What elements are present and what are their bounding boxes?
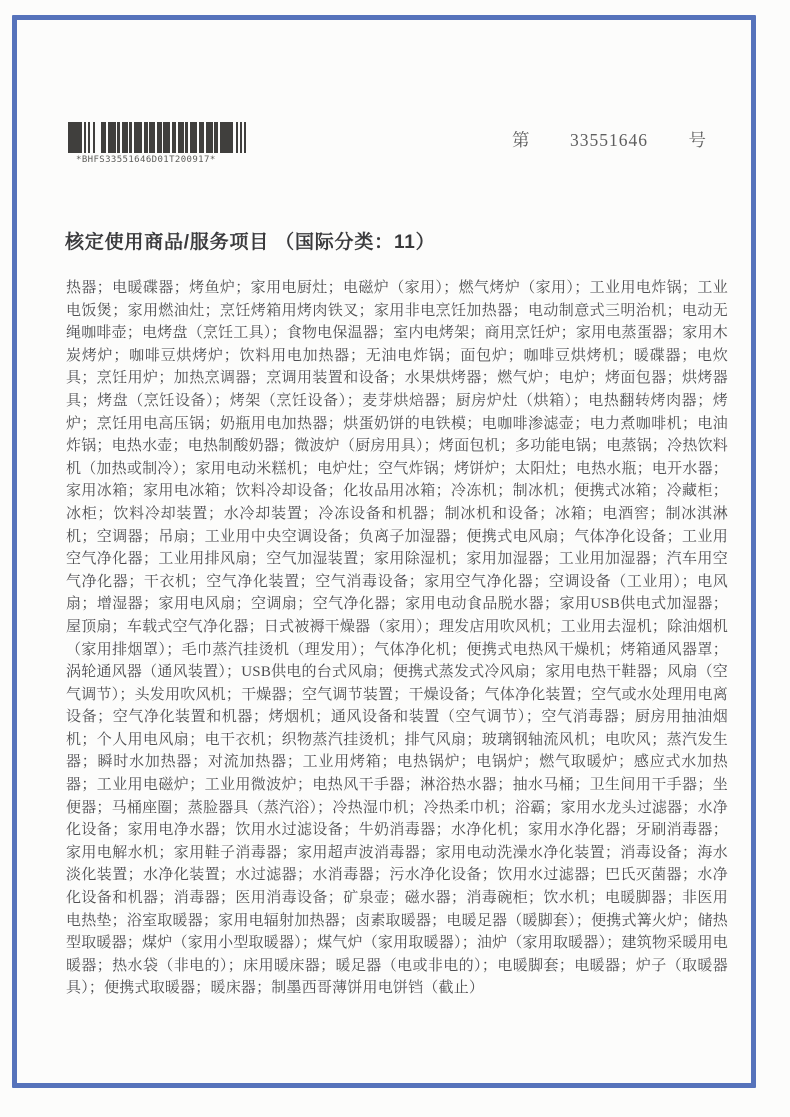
barcode: *BHFS33551646D01T200917* (68, 122, 278, 165)
barcode-text: *BHFS33551646D01T200917* (68, 155, 278, 165)
registration-number: 第 33551646 号 (512, 127, 706, 152)
goods-services-list: 热器；电暖碟器；烤鱼炉；家用电厨灶；电磁炉（家用）；燃气烤炉（家用）；工业用电炸… (66, 277, 728, 1000)
barcode-icon (68, 122, 278, 153)
serial-prefix: 第 (512, 127, 530, 152)
serial-number: 33551646 (570, 130, 648, 151)
serial-suffix: 号 (689, 127, 707, 152)
section-heading: 核定使用商品/服务项目 （国际分类：11） (65, 227, 435, 254)
